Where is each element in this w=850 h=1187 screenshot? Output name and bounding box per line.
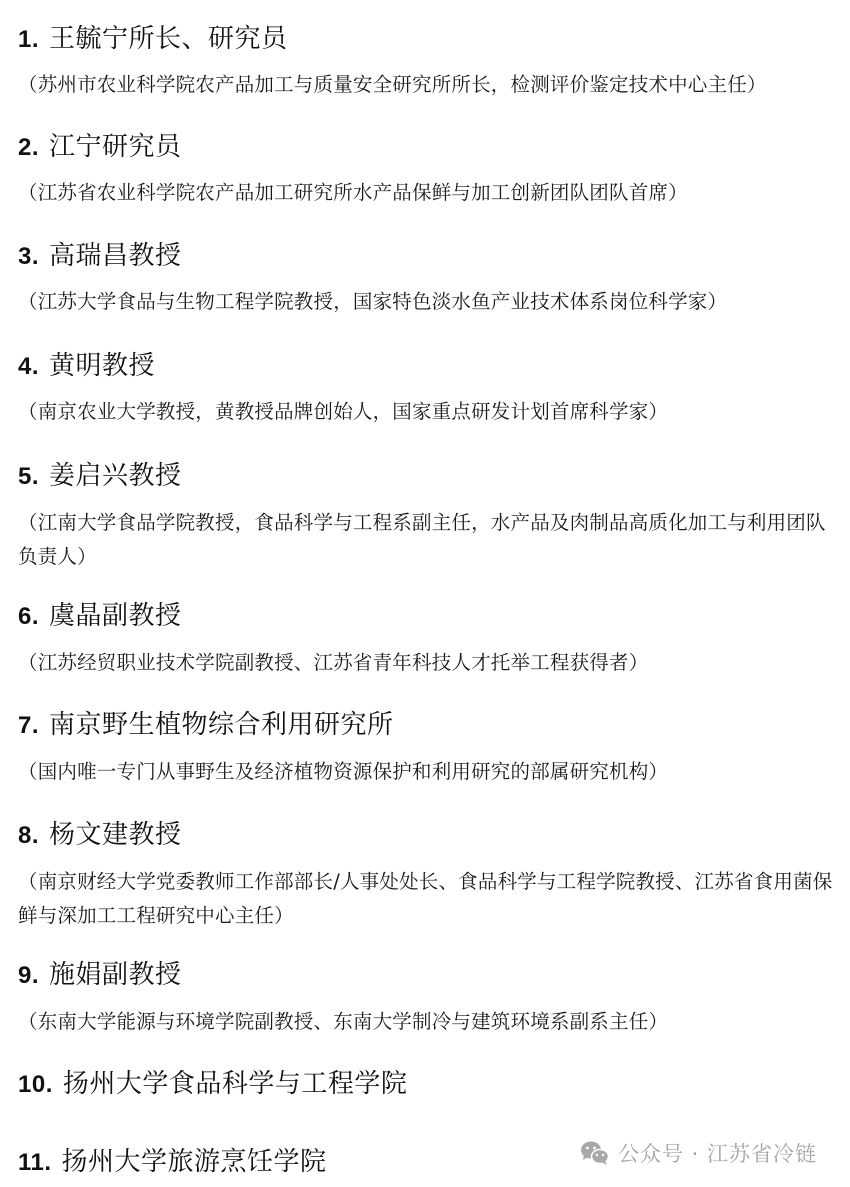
entry-number: 8. [18, 819, 39, 853]
entry-title: 7.南京野生植物综合利用研究所 [18, 708, 394, 743]
entry-number: 1. [18, 23, 39, 57]
entry-number: 6. [18, 600, 39, 634]
watermark: 公众号 · 江苏省冷链 [580, 1138, 817, 1168]
entry-title: 1.王毓宁所长、研究员 [18, 22, 288, 57]
entry-description: （南京农业大学教授，黄教授品牌创始人，国家重点研发计划首席科学家） [18, 395, 834, 429]
entry-description: （国内唯一专门从事野生及经济植物资源保护和利用研究的部属研究机构） [18, 755, 834, 789]
entry-name: 黄明教授 [49, 351, 155, 381]
entry-title: 4.黄明教授 [18, 349, 155, 384]
entry-number: 9. [18, 959, 39, 993]
entry-name: 扬州大学旅游烹饪学院 [62, 1147, 327, 1177]
watermark-text: 公众号 · 江苏省冷链 [618, 1138, 817, 1168]
entry-title: 5.姜启兴教授 [18, 459, 182, 494]
entry-number: 11. [18, 1146, 52, 1180]
entry-title: 2.江宁研究员 [18, 130, 182, 165]
entry-title: 10.扬州大学食品科学与工程学院 [18, 1067, 407, 1102]
entry-number: 10. [18, 1068, 53, 1102]
entry-name: 高瑞昌教授 [49, 241, 182, 271]
entry-title: 6.虞晶副教授 [18, 599, 182, 634]
entry-name: 姜启兴教授 [49, 461, 182, 491]
entry-description: （苏州市农业科学院农产品加工与质量安全研究所所长，检测评价鉴定技术中心主任） [18, 68, 834, 102]
entry-description: （江苏省农业科学院农产品加工研究所水产品保鲜与加工创新团队团队首席） [18, 176, 834, 210]
entry-name: 江宁研究员 [49, 132, 182, 162]
entry-title: 11.扬州大学旅游烹饪学院 [18, 1145, 327, 1180]
entry-number: 4. [18, 350, 39, 384]
entry-description: （江苏经贸职业技术学院副教授、江苏省青年科技人才托举工程获得者） [18, 646, 834, 680]
entry-number: 2. [18, 131, 39, 165]
entry-description: （东南大学能源与环境学院副教授、东南大学制冷与建筑环境系副系主任） [18, 1005, 834, 1039]
entry-name: 杨文建教授 [49, 820, 182, 850]
entry-title: 8.杨文建教授 [18, 818, 182, 853]
entry-description: （南京财经大学党委教师工作部部长/人事处处长、食品科学与工程学院教授、江苏省食用… [18, 865, 834, 933]
entry-number: 5. [18, 460, 39, 494]
entry-name: 虞晶副教授 [49, 601, 182, 631]
entry-title: 9.施娟副教授 [18, 958, 182, 993]
entry-title: 3.高瑞昌教授 [18, 239, 182, 274]
entry-name: 扬州大学食品科学与工程学院 [63, 1069, 408, 1099]
entry-description: （江苏大学食品与生物工程学院教授，国家特色淡水鱼产业技术体系岗位科学家） [18, 285, 834, 319]
entry-description: （江南大学食品学院教授，食品科学与工程系副主任，水产品及肉制品高质化加工与利用团… [18, 506, 834, 574]
entry-number: 3. [18, 240, 39, 274]
entry-name: 南京野生植物综合利用研究所 [49, 710, 394, 740]
entry-name: 王毓宁所长、研究员 [49, 24, 288, 54]
entry-number: 7. [18, 709, 39, 743]
entry-name: 施娟副教授 [49, 960, 182, 990]
wechat-icon [580, 1140, 610, 1166]
